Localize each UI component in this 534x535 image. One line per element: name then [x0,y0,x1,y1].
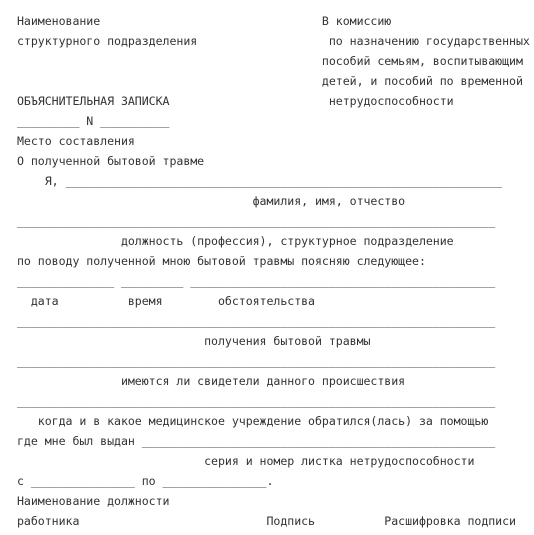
witnesses-field: ________________________________________… [17,351,517,371]
name-field: Я, _____________________________________… [17,171,517,191]
place-of-compilation: Место составления [17,131,517,151]
document-title: ОБЪЯСНИТЕЛЬНАЯ ЗАПИСКА нетрудоспособност… [17,91,517,111]
position-field-caption: должность (профессия), структурное подра… [17,231,517,251]
header-line-benefits-families: пособий семьям, воспитывающим [17,51,517,71]
date-time-circumstances-caption: дата время обстоятельства [17,291,517,311]
explanation-intro: по поводу полученной мною бытовой травмы… [17,251,517,271]
name-field-caption: фамилия, имя, отчество [17,191,517,211]
position-title-label: Наименование должности [17,491,517,511]
medical-institution-field: ________________________________________… [17,391,517,411]
sick-leave-caption: серия и номер листка нетрудоспособности [17,451,517,471]
medical-institution-caption: когда и в какое медицинское учреждение о… [17,411,517,431]
date-time-circumstances-field: ______________ _________ _______________… [17,271,517,291]
header-line-unit-name-commission: Наименование В комиссию [17,11,517,31]
sick-leave-issued-field: где мне был выдан ______________________… [17,431,517,451]
explanatory-note-form: Наименование В комиссию структурного под… [17,11,517,531]
date-number-field: _________ N __________ [17,111,517,131]
injury-circumstances-field: ________________________________________… [17,311,517,331]
witnesses-caption: имеются ли свидетели данного происшестви… [17,371,517,391]
period-field: с _______________ по _______________. [17,471,517,491]
injury-circumstances-caption: получения бытовой травмы [17,331,517,351]
header-line-children-benefits: детей, и пособий по временной [17,71,517,91]
header-line-structural-unit: структурного подразделения по назначению… [17,31,517,51]
position-field: ________________________________________… [17,211,517,231]
signature-row: работника Подпись Расшифровка подписи [17,511,517,531]
subject-line: О полученной бытовой травме [17,151,517,171]
